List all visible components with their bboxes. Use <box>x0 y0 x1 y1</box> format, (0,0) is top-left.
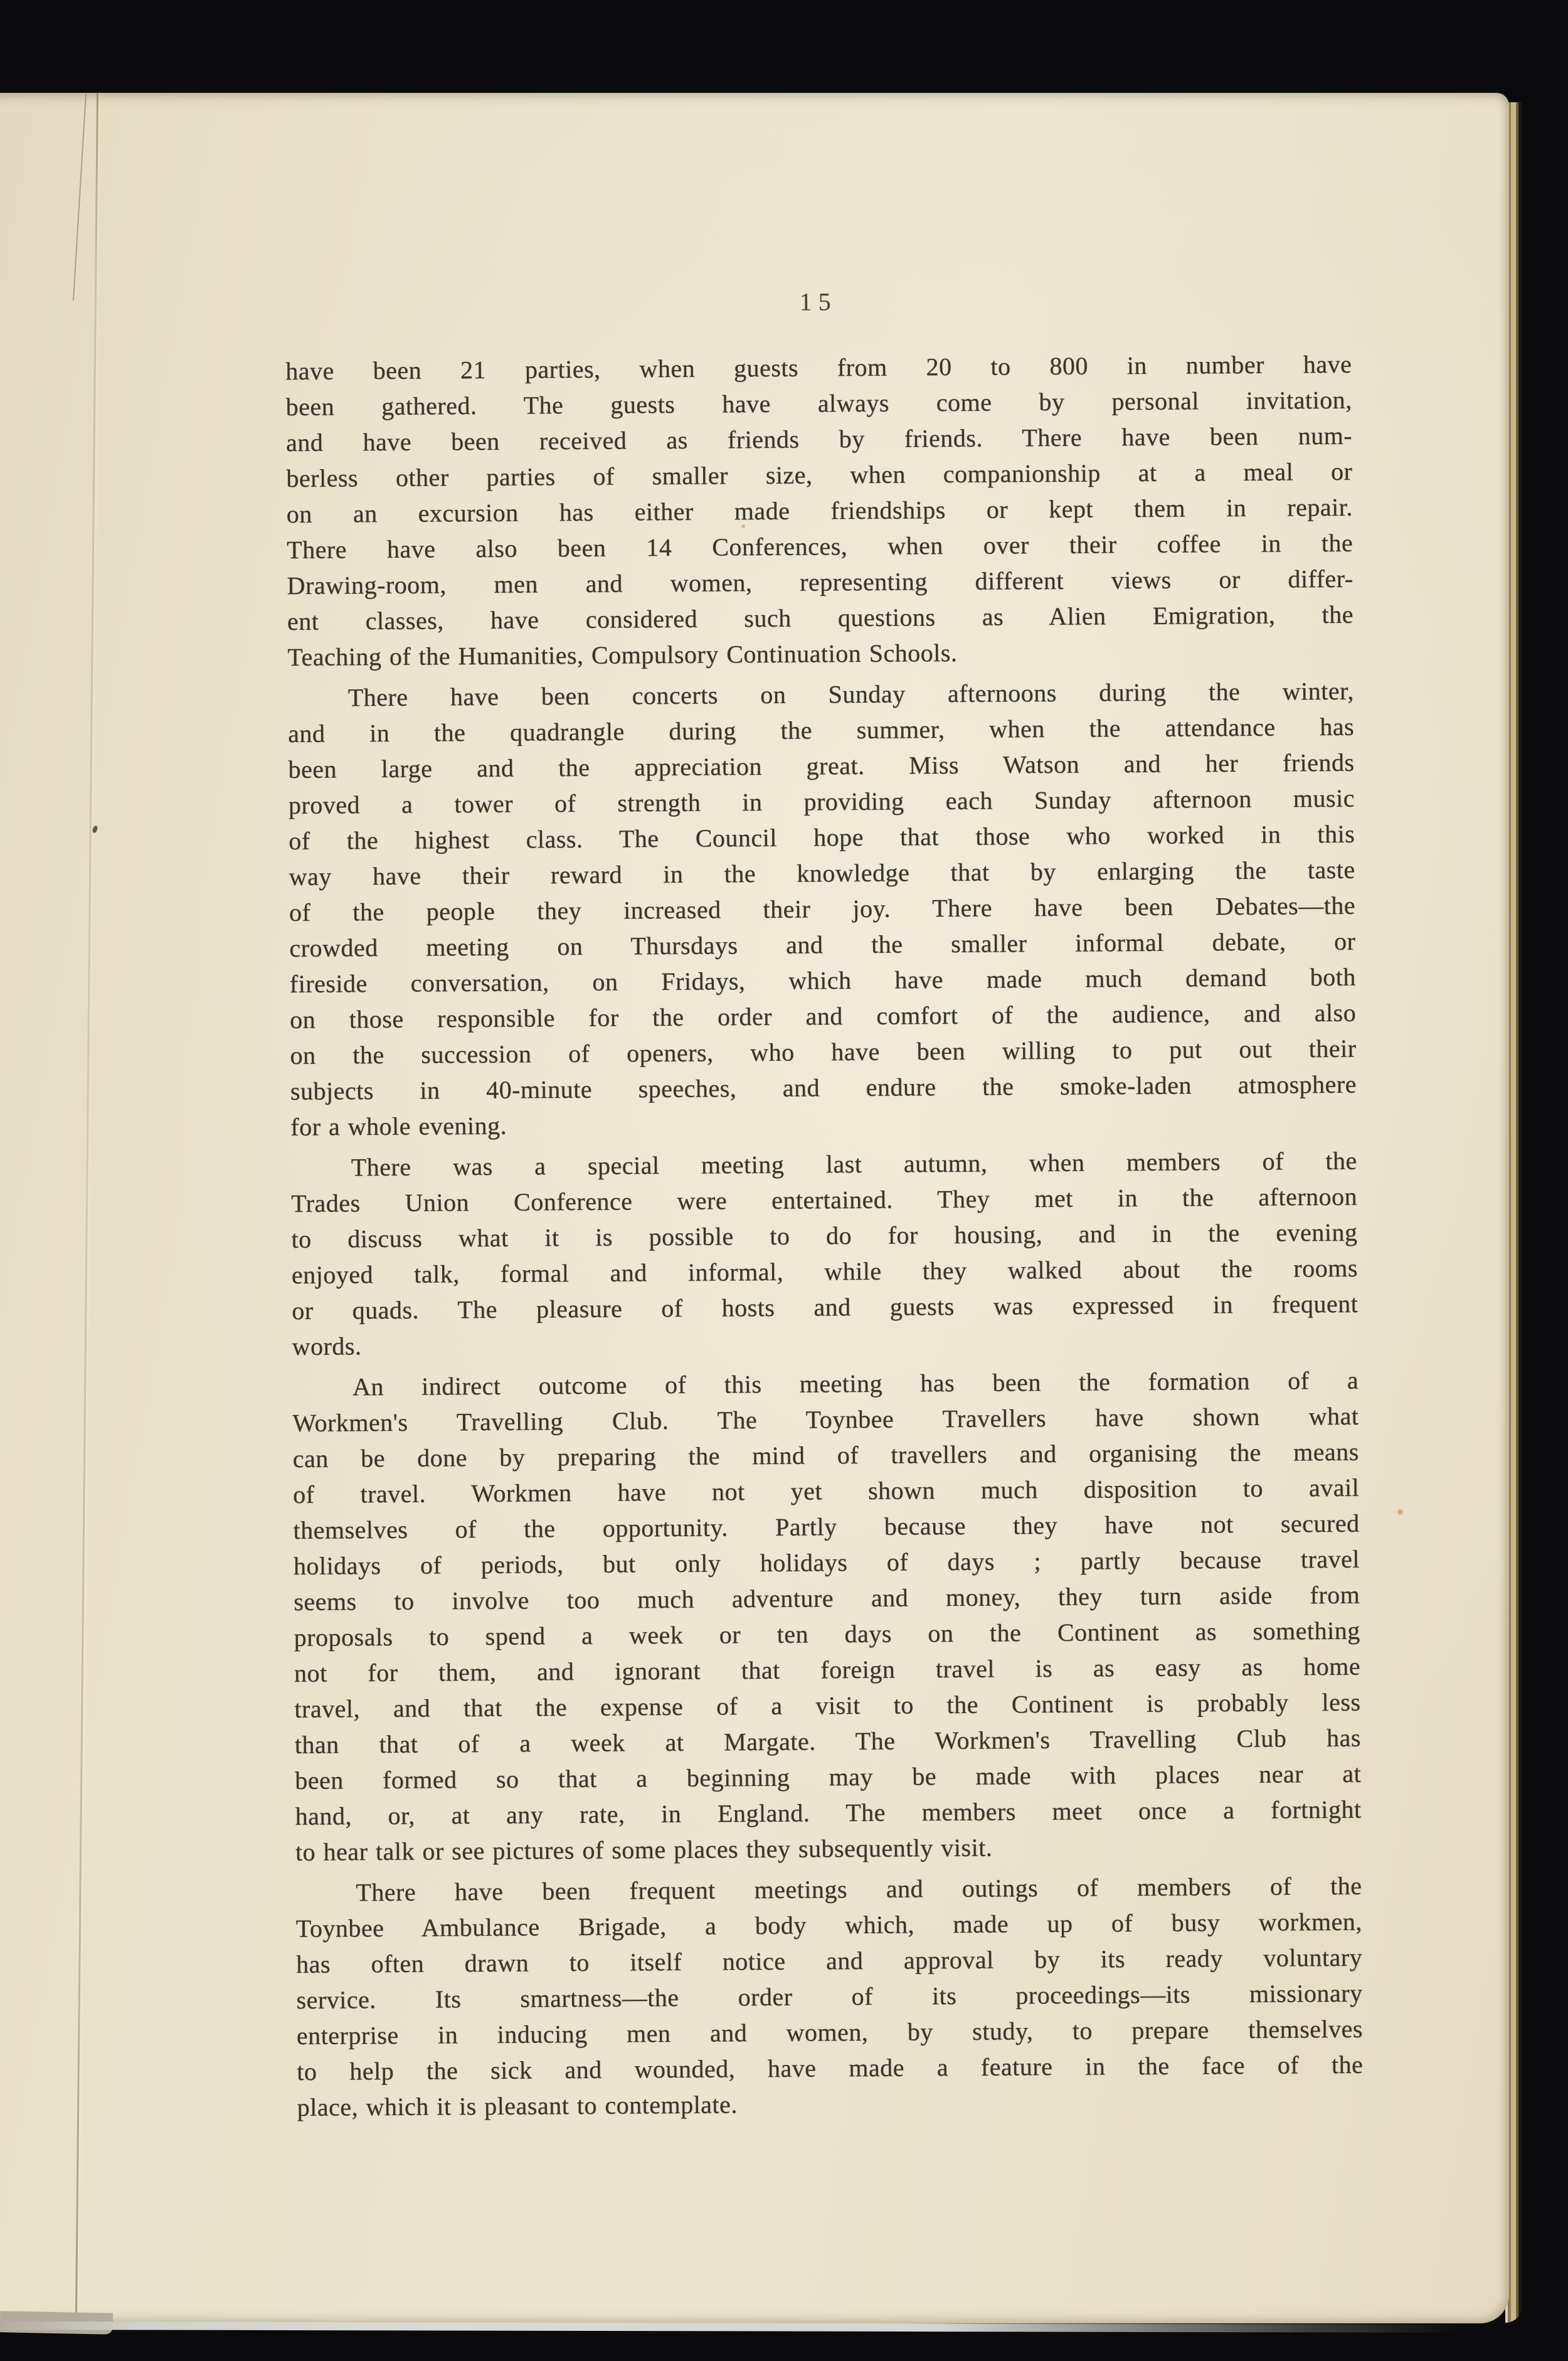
text-line: or quads. The pleasure of hosts and gues… <box>292 1286 1358 1329</box>
book-page: 15 have been 21 parties, when guests fro… <box>0 93 1509 2323</box>
dust-speck <box>741 524 745 528</box>
text-line: to help the sick and wounded, have made … <box>297 2047 1363 2089</box>
scan-backdrop: 15 have been 21 parties, when guests fro… <box>0 0 1568 2361</box>
text-line: subjects in 40-minute speeches, and endu… <box>290 1066 1357 1109</box>
page-content: 15 have been 21 parties, when guests fro… <box>0 88 1516 2328</box>
text-line: Teaching of the Humanities, Compulsory C… <box>287 632 1353 675</box>
text-line: place, which it is pleasant to contempla… <box>297 2082 1363 2125</box>
paragraph: There was a special meeting last autumn,… <box>291 1143 1359 1364</box>
text-line: for a whole evening. <box>290 1102 1357 1145</box>
paragraph: There have been frequent meetings and ou… <box>295 1868 1364 2125</box>
text-line: words. <box>292 1322 1358 1364</box>
page-number: 15 <box>285 285 1351 319</box>
text-block: have been 21 parties, when guests from 2… <box>285 346 1364 2125</box>
text-line: hand, or, at any rate, in England. The m… <box>295 1791 1361 1834</box>
paragraph: There have been concerts on Sunday after… <box>288 673 1357 1145</box>
text-line: to hear talk or see pictures of some pla… <box>295 1827 1362 1870</box>
dust-speck <box>1397 1509 1403 1515</box>
paragraph: have been 21 parties, when guests from 2… <box>285 346 1353 675</box>
text-line: ent classes, have considered such questi… <box>287 597 1353 639</box>
paragraph: An indirect outcome of this meeting has … <box>292 1362 1362 1870</box>
